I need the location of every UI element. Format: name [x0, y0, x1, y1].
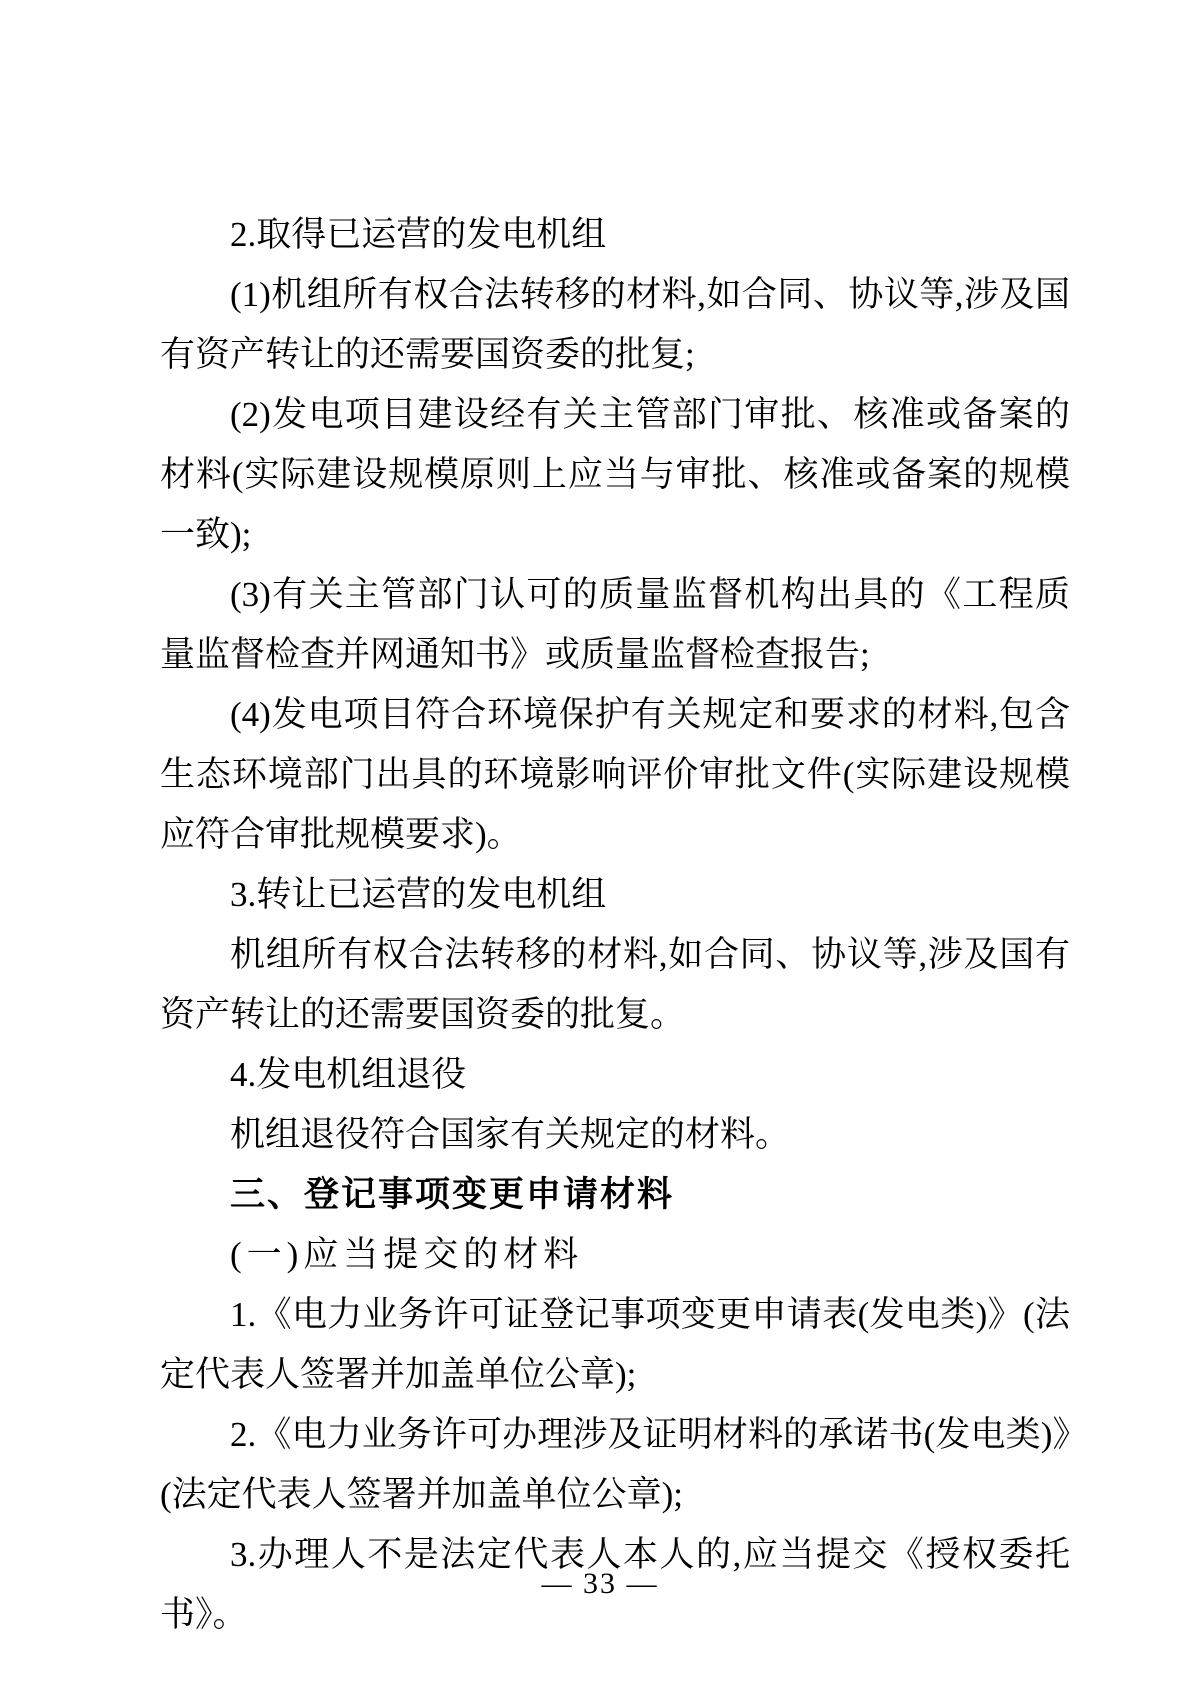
item-2-sub-4: (4)发电项目符合环境保护有关规定和要求的材料,包含生态环境部门出具的环境影响评…: [160, 685, 1070, 865]
item-2-sub-2: (2)发电项目建设经有关主管部门审批、核准或备案的材料(实际建设规模原则上应当与…: [160, 385, 1070, 565]
section-3-1-subheading: (一)应当提交的材料: [160, 1225, 1070, 1285]
change-material-1: 1.《电力业务许可证登记事项变更申请表(发电类)》(法定代表人签署并加盖单位公章…: [160, 1285, 1070, 1405]
document-page: 2.取得已运营的发电机组(1)机组所有权合法转移的材料,如合同、协议等,涉及国有…: [0, 0, 1200, 1696]
item-2-title: 2.取得已运营的发电机组: [160, 205, 1070, 265]
item-3-body: 机组所有权合法转移的材料,如合同、协议等,涉及国有资产转让的还需要国资委的批复。: [160, 925, 1070, 1045]
item-3-title: 3.转让已运营的发电机组: [160, 865, 1070, 925]
section-3-heading: 三、登记事项变更申请材料: [160, 1165, 1070, 1225]
item-4-body: 机组退役符合国家有关规定的材料。: [160, 1105, 1070, 1165]
item-2-sub-1: (1)机组所有权合法转移的材料,如合同、协议等,涉及国有资产转让的还需要国资委的…: [160, 265, 1070, 385]
page-number: — 33 —: [0, 1566, 1200, 1602]
document-body: 2.取得已运营的发电机组(1)机组所有权合法转移的材料,如合同、协议等,涉及国有…: [160, 205, 1070, 1645]
item-4-title: 4.发电机组退役: [160, 1045, 1070, 1105]
change-material-2: 2.《电力业务许可办理涉及证明材料的承诺书(发电类)》(法定代表人签署并加盖单位…: [160, 1405, 1070, 1525]
item-2-sub-3: (3)有关主管部门认可的质量监督机构出具的《工程质量监督检查并网通知书》或质量监…: [160, 565, 1070, 685]
